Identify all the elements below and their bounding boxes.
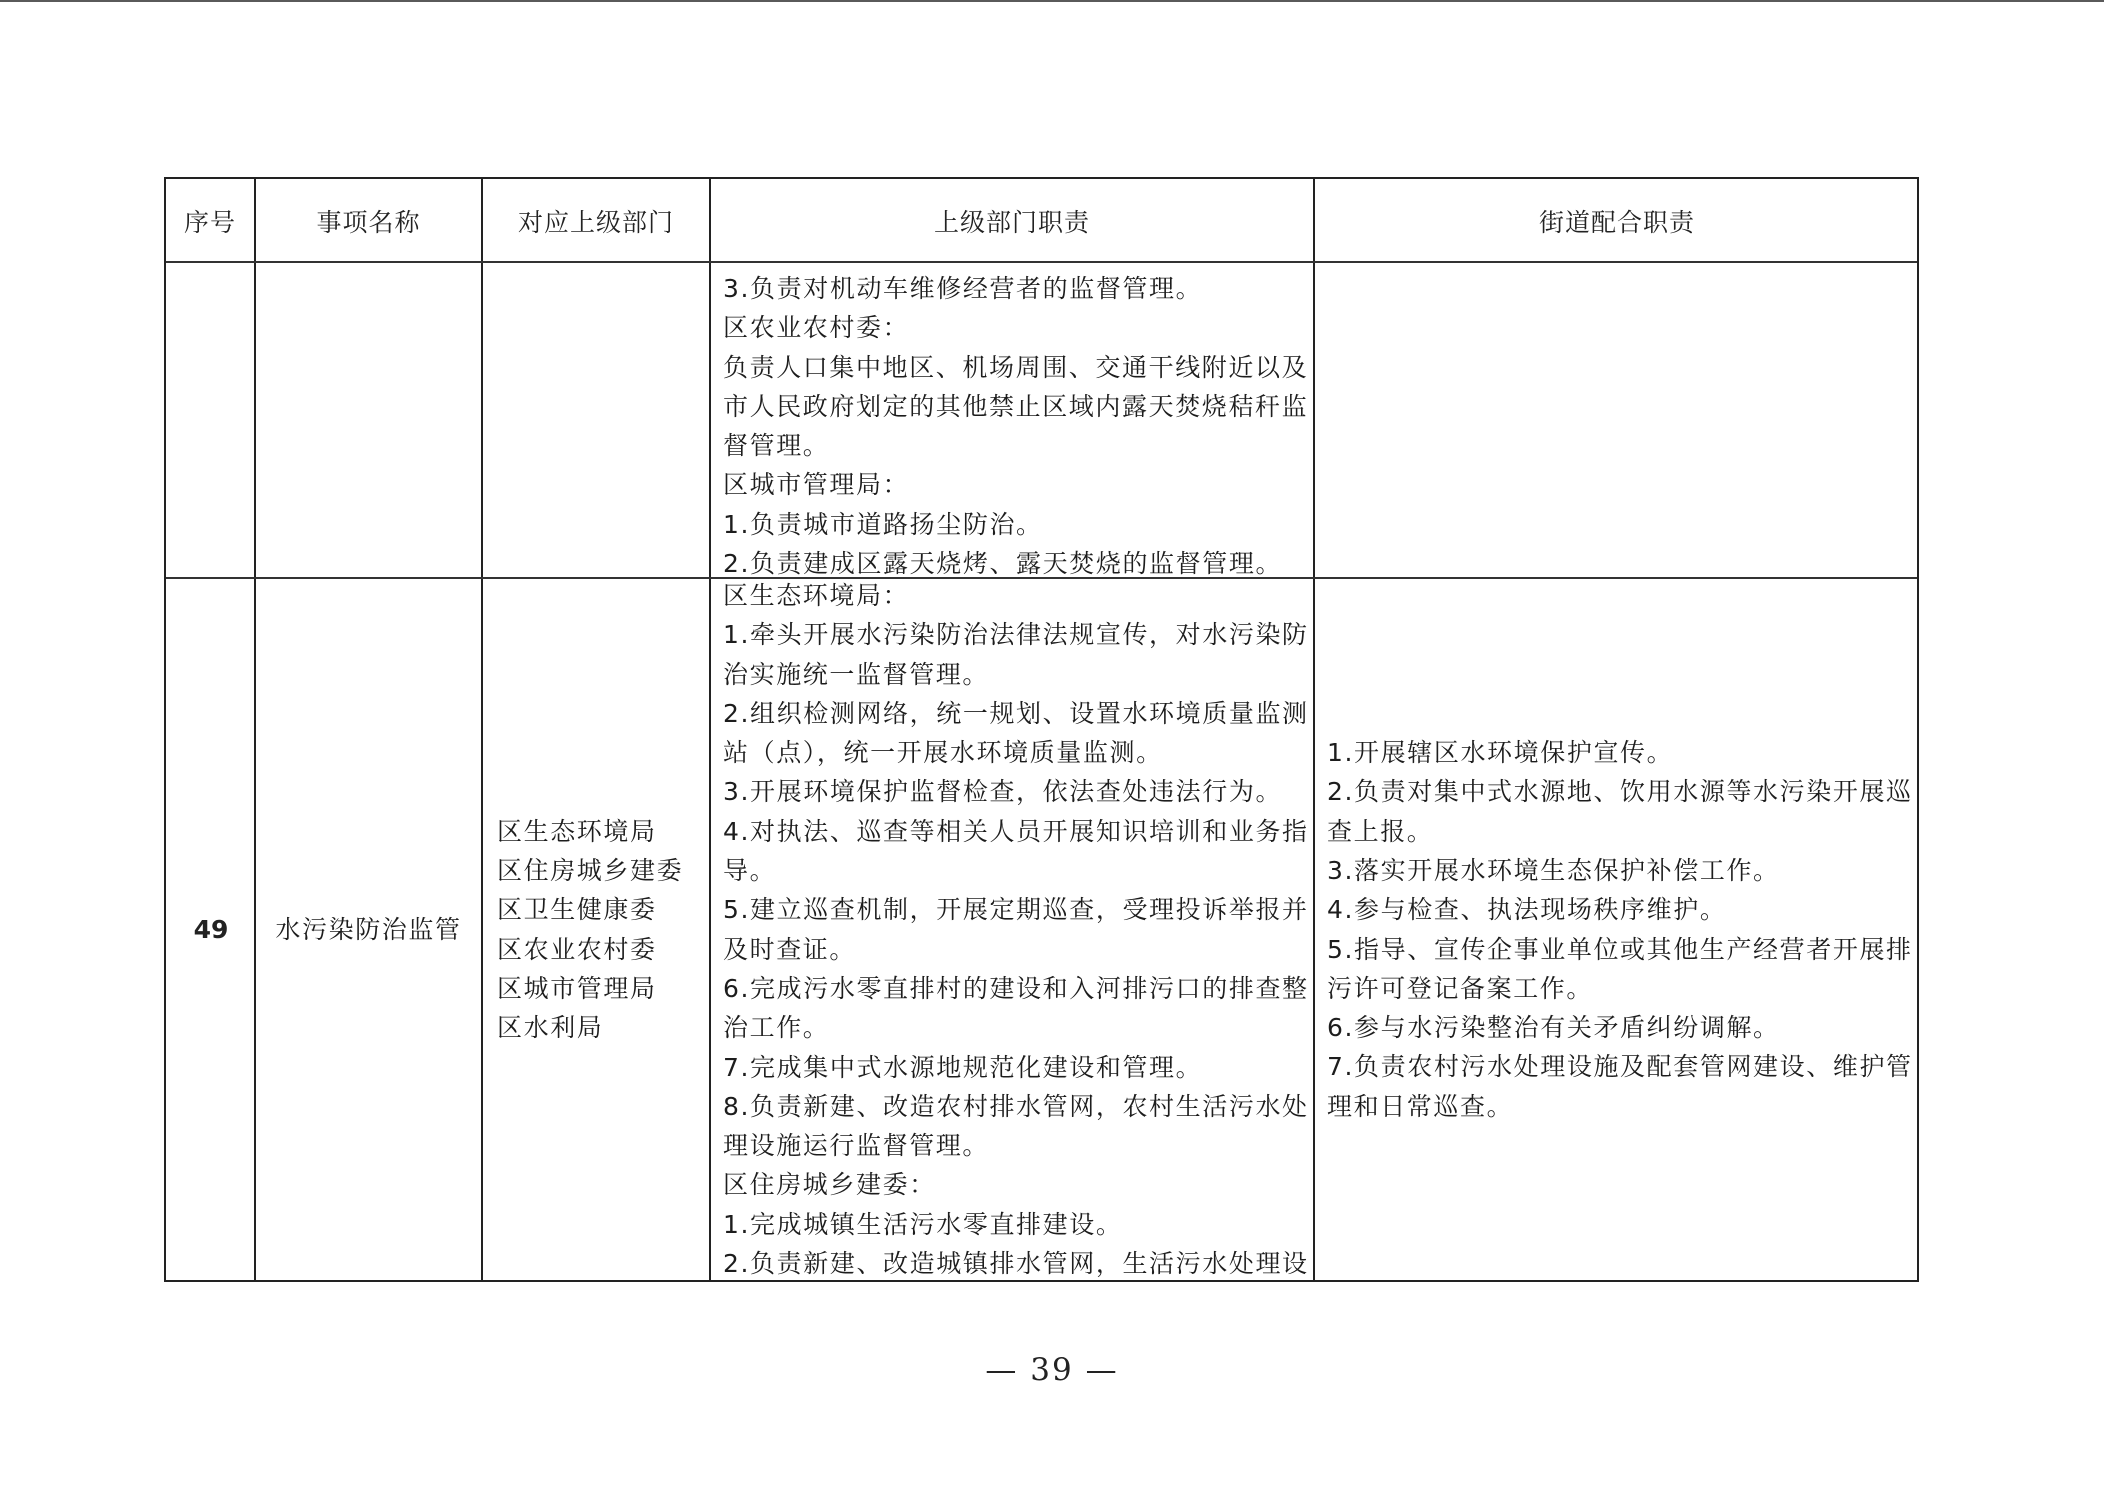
department-item: 区卫生健康委 <box>497 890 707 929</box>
header-superior-duties: 上级部门职责 <box>711 179 1313 263</box>
department-item: 区城市管理局 <box>497 969 707 1008</box>
street-duty-line: 2.负责对集中式水源地、饮用水源等水污染开展巡 <box>1327 772 1917 811</box>
row2-street-duties: 1.开展辖区水环境保护宣传。 2.负责对集中式水源地、饮用水源等水污染开展巡 查… <box>1327 579 1917 1280</box>
street-duty-line: 查上报。 <box>1327 812 1917 851</box>
duty-line: 治工作。 <box>723 1008 1313 1047</box>
header-index: 序号 <box>166 179 254 263</box>
column-divider <box>481 179 483 1280</box>
duty-line: 区农业农村委： <box>723 308 1313 347</box>
row2-departments-cell: 区生态环境局 区住房城乡建委 区卫生健康委 区农业农村委 区城市管理局 区水利局 <box>497 579 707 1280</box>
duty-line: 1.负责城市道路扬尘防治。 <box>723 505 1313 544</box>
street-duty-line: 1.开展辖区水环境保护宣传。 <box>1327 733 1917 772</box>
duty-line: 3.开展环境保护监督检查，依法查处违法行为。 <box>723 772 1313 811</box>
row2-index-cell: 49 <box>168 579 254 1280</box>
duty-line: 3.负责对机动车维修经营者的监督管理。 <box>723 269 1313 308</box>
duty-line: 导。 <box>723 851 1313 890</box>
page-top-border <box>0 0 2104 2</box>
duty-line: 5.建立巡查机制，开展定期巡查，受理投诉举报并 <box>723 890 1313 929</box>
duty-line: 负责人口集中地区、机场周围、交通干线附近以及 <box>723 348 1313 387</box>
row2-item-name-cell: 水污染防治监管 <box>256 579 481 1280</box>
department-item: 区农业农村委 <box>497 930 707 969</box>
department-item: 区生态环境局 <box>497 812 707 851</box>
row2-superior-duties: 区生态环境局： 1.牵头开展水污染防治法律法规宣传，对水污染防 治实施统一监督管… <box>723 576 1313 1283</box>
duty-line: 督管理。 <box>723 426 1313 465</box>
header-item-name: 事项名称 <box>256 179 481 263</box>
duty-line: 4.对执法、巡查等相关人员开展知识培训和业务指 <box>723 812 1313 851</box>
header-superior-department: 对应上级部门 <box>483 179 709 263</box>
duty-line: 1.牵头开展水污染防治法律法规宣传，对水污染防 <box>723 615 1313 654</box>
duty-line: 理设施运行监督管理。 <box>723 1126 1313 1165</box>
duty-line: 6.完成污水零直排村的建设和入河排污口的排查整 <box>723 969 1313 1008</box>
duty-line: 区生态环境局： <box>723 576 1313 615</box>
street-duty-line: 污许可登记备案工作。 <box>1327 969 1917 1008</box>
street-duty-line: 7.负责农村污水处理设施及配套管网建设、维护管 <box>1327 1047 1917 1086</box>
department-item: 区住房城乡建委 <box>497 851 707 890</box>
duty-line: 治实施统一监督管理。 <box>723 655 1313 694</box>
street-duty-line: 理和日常巡查。 <box>1327 1087 1917 1126</box>
duty-line: 2.负责新建、改造城镇排水管网，生活污水处理设 <box>723 1244 1313 1283</box>
duty-line: 市人民政府划定的其他禁止区域内露天焚烧秸秆监 <box>723 387 1313 426</box>
header-street-duties: 街道配合职责 <box>1315 179 1919 263</box>
duty-line: 8.负责新建、改造农村排水管网，农村生活污水处 <box>723 1087 1313 1126</box>
responsibility-table: 序号 事项名称 对应上级部门 上级部门职责 街道配合职责 3.负责对机动车维修经… <box>164 177 1919 1282</box>
column-divider <box>709 179 711 1280</box>
duty-line: 站（点），统一开展水环境质量监测。 <box>723 733 1313 772</box>
street-duty-line: 3.落实开展水环境生态保护补偿工作。 <box>1327 851 1917 890</box>
duty-line: 区城市管理局： <box>723 465 1313 504</box>
duty-line: 1.完成城镇生活污水零直排建设。 <box>723 1205 1313 1244</box>
page-number: — 39 — <box>0 1352 2104 1388</box>
department-item: 区水利局 <box>497 1008 707 1047</box>
item-name: 水污染防治监管 <box>275 910 461 949</box>
duty-line: 区住房城乡建委： <box>723 1165 1313 1204</box>
street-duty-line: 6.参与水污染整治有关矛盾纠纷调解。 <box>1327 1008 1917 1047</box>
row-index: 49 <box>194 915 229 944</box>
row1-superior-duties: 3.负责对机动车维修经营者的监督管理。 区农业农村委： 负责人口集中地区、机场周… <box>723 269 1313 583</box>
street-duty-line: 5.指导、宣传企事业单位或其他生产经营者开展排 <box>1327 930 1917 969</box>
duty-line: 2.组织检测网络，统一规划、设置水环境质量监测 <box>723 694 1313 733</box>
duty-line: 7.完成集中式水源地规范化建设和管理。 <box>723 1048 1313 1087</box>
duty-line: 及时查证。 <box>723 930 1313 969</box>
street-duty-line: 4.参与检查、执法现场秩序维护。 <box>1327 890 1917 929</box>
column-divider <box>1313 179 1315 1280</box>
